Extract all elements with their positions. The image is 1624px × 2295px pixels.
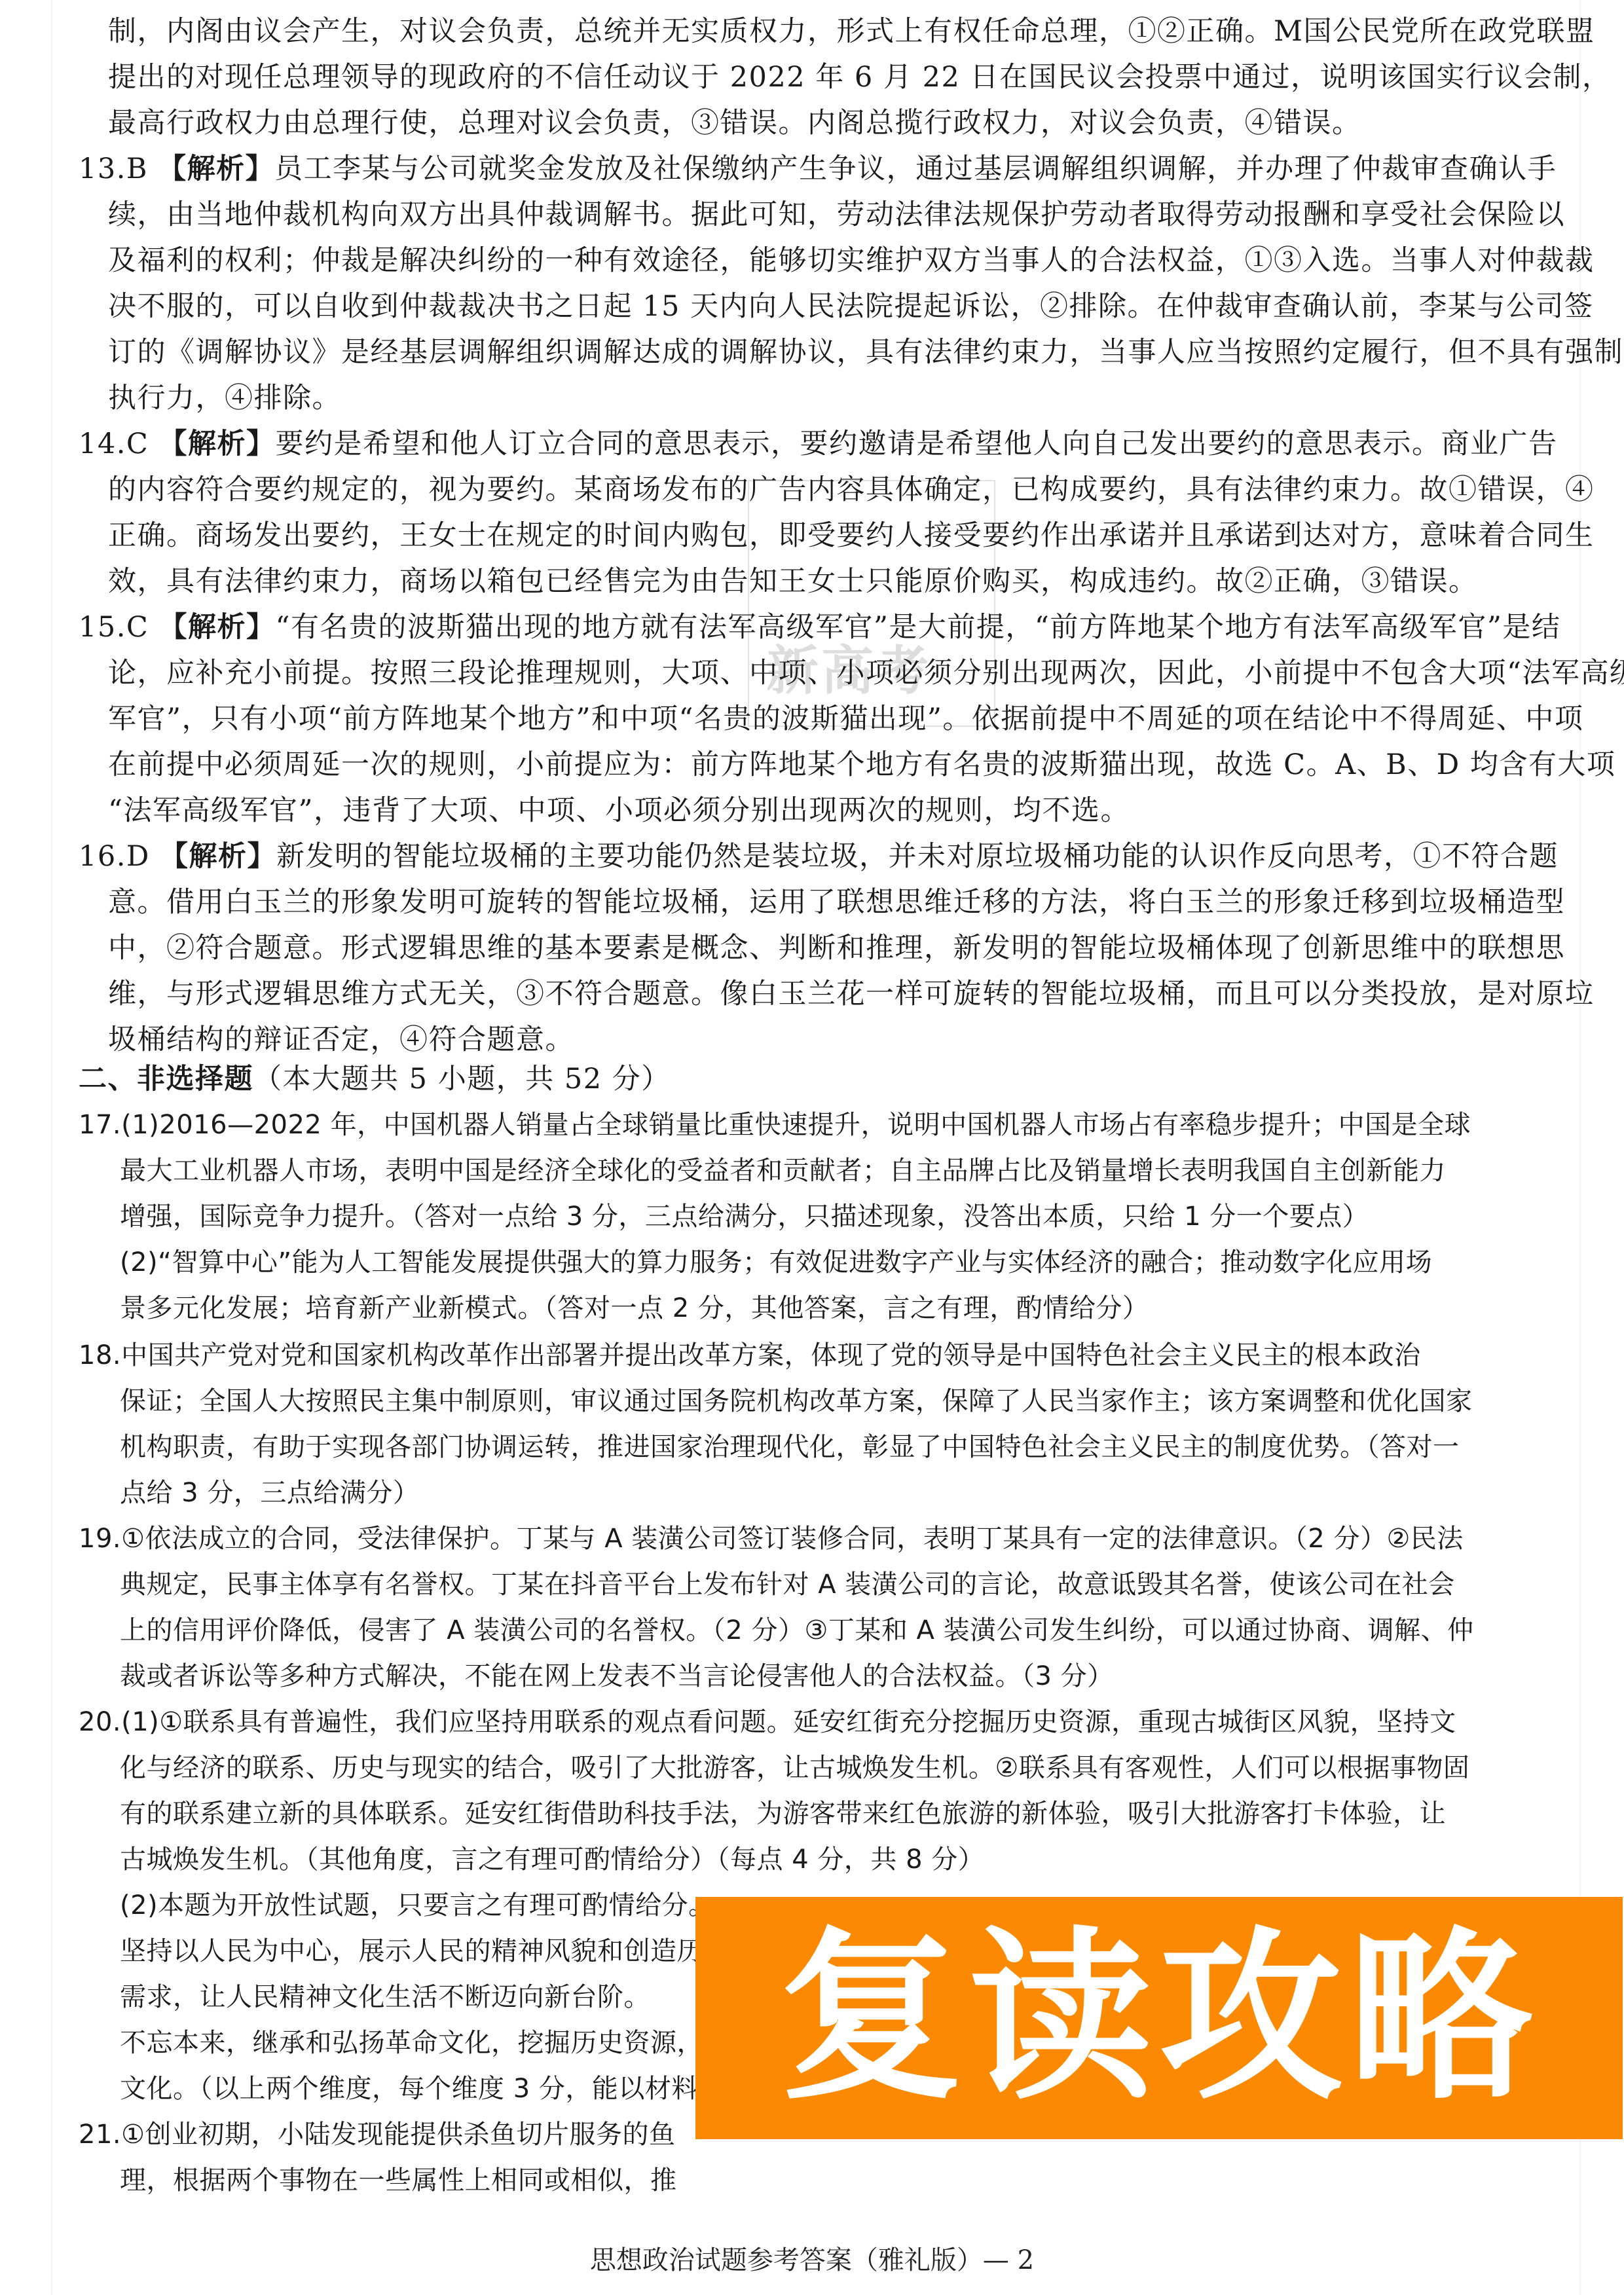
q16-text: 新发明的智能垃圾桶的主要功能仍然是装垃圾，并未对原垃圾桶功能的认识作反向思考，①… [276, 840, 1559, 873]
q17-number: 17. [79, 1110, 121, 1140]
q19-first-line: 19.①依法成立的合同，受法律保护。丁某与 A 装潢公司签订装修合同，表明丁某具… [79, 1519, 1464, 1558]
q15-line: 军官”，只有小项“前方阵地某个地方”和中项“名贵的波斯猫出现”。依据前提中不周延… [108, 699, 1583, 739]
q20-number: 20. [79, 1707, 121, 1737]
q17-line: (2)“智算中心”能为人工智能发展提供强大的算力服务；有效促进数字产业与实体经济… [120, 1243, 1432, 1282]
q20-line: 有的联系建立新的具体联系。延安红街借助科技手法，为游客带来红色旅游的新体验，吸引… [120, 1794, 1446, 1833]
analysis-tag: 【解析】 [160, 840, 276, 873]
q18-line: 机构职责，有助于实现各部门协调运转，推进国家治理现代化，彰显了中国特色社会主义民… [120, 1427, 1460, 1467]
q20-first-line: 20.(1)①联系具有普遍性，我们应坚持用联系的观点看问题。延安红街充分挖掘历史… [79, 1702, 1456, 1742]
q19-text: ①依法成立的合同，受法律保护。丁某与 A 装潢公司签订装修合同，表明丁某具有一定… [121, 1524, 1464, 1554]
q20-line: 文化。（以上两个维度，每个维度 3 分，能以材料 [120, 2069, 698, 2108]
analysis-tag: 【解析】 [158, 153, 274, 185]
q21-line: 理，根据两个事物在一些属性上相同或相似，推 [120, 2161, 677, 2200]
q14-line: 的内容符合要约规定的，视为要约。某商场发布的广告内容具体确定，已构成要约，具有法… [108, 470, 1595, 509]
q15-text: “有名贵的波斯猫出现的地方就有法军高级军官”是大前提，“前方阵地某个地方有法军高… [275, 611, 1560, 644]
promo-banner-text: 复读攻略 [779, 1926, 1539, 2110]
q17-first-line: 17.(1)2016—2022 年，中国机器人销量占全球销量比重快速提升，说明中… [79, 1105, 1471, 1145]
q19-number: 19. [79, 1524, 121, 1554]
q12-continuation-line: 最高行政权力由总理行使，总理对议会负责，③错误。内阁总揽行政权力，对议会负责，④… [108, 103, 1361, 143]
q18-first-line: 18.中国共产党对党和国家机构改革作出部署并提出改革方案，体现了党的领导是中国特… [79, 1336, 1421, 1375]
q19-line: 上的信用评价降低，侵害了 A 装潢公司的名誉权。（2 分）③丁某和 A 装潢公司… [120, 1611, 1474, 1650]
q20-line: 化与经济的联系、历史与现实的结合，吸引了大批游客，让古城焕发生机。②联系具有客观… [120, 1748, 1469, 1788]
page-edge-left [51, 0, 52, 2295]
q15-line: “法军高级军官”，违背了大项、中项、小项必须分别出现两次的规则，均不选。 [108, 791, 1130, 830]
q16-first-line: 16.D 【解析】新发明的智能垃圾桶的主要功能仍然是装垃圾，并未对原垃圾桶功能的… [79, 837, 1559, 876]
q17-line: 最大工业机器人市场，表明中国是经济全球化的受益者和贡献者；自主品牌占比及销量增长… [120, 1151, 1446, 1190]
q13-line: 及福利的权利；仲裁是解决纠纷的一种有效途径，能够切实维护双方当事人的合法权益，①… [108, 241, 1595, 280]
q21-number: 21. [79, 2120, 121, 2150]
q15-first-line: 15.C 【解析】“有名贵的波斯猫出现的地方就有法军高级军官”是大前提，“前方阵… [79, 608, 1560, 647]
q15-line: 在前提中必须周延一次的规则，小前提应为：前方阵地某个地方有名贵的波斯猫出现，故选… [108, 745, 1615, 784]
analysis-tag: 【解析】 [158, 611, 275, 644]
q17-line: 景多元化发展；培育新产业新模式。（答对一点 2 分，其他答案，言之有理，酌情给分… [120, 1289, 1149, 1328]
q17-line: 增强，国际竞争力提升。（答对一点给 3 分，三点给满分，只描述现象，没答出本质，… [120, 1197, 1369, 1236]
section2-title: 二、非选择题 [79, 1063, 253, 1095]
q19-line: 典规定，民事主体享有名誉权。丁某在抖音平台上发布针对 A 装潢公司的言论，故意诋… [120, 1565, 1455, 1604]
q19-line: 裁或者诉讼等多种方式解决，不能在网上发表不当言论侵害他人的合法权益。（3 分） [120, 1657, 1114, 1696]
q17-text: (1)2016—2022 年，中国机器人销量占全球销量比重快速提升，说明中国机器… [121, 1110, 1471, 1140]
q16-line: 维，与形式逻辑思维方式无关，③不符合题意。像白玉兰花一样可旋转的智能垃圾桶，而且… [108, 974, 1595, 1014]
q20-line: 古城焕发生机。（其他角度，言之有理可酌情给分）（每点 4 分，共 8 分） [120, 1840, 984, 1879]
q14-first-line: 14.C 【解析】要约是希望和他人订立合同的意思表示，要约邀请是希望他人向自己发… [79, 424, 1557, 464]
q12-continuation-line: 提出的对现任总理领导的现政府的不信任动议于 2022 年 6 月 22 日在国民… [108, 58, 1612, 97]
q21-first-line: 21.①创业初期，小陆发现能提供杀鱼切片服务的鱼 [79, 2115, 675, 2154]
q18-number: 18. [79, 1340, 121, 1370]
q16-line: 圾桶结构的辩证否定，④符合题意。 [108, 1020, 574, 1059]
q13-number: 13.B [79, 149, 148, 189]
q14-line: 效，具有法律约束力，商场以箱包已经售完为由告知王女士只能原价购买，构成违约。故②… [108, 562, 1478, 601]
q20-line: (2)本题为开放性试题，只要言之有理可酌情给分。 [120, 1886, 715, 1925]
q12-continuation-line: 制，内阁由议会产生，对议会负责，总统并无实质权力，形式上有权任命总理，①②正确。… [108, 12, 1595, 51]
q14-text: 要约是希望和他人订立合同的意思表示，要约邀请是希望他人向自己发出要约的意思表示。… [275, 428, 1557, 460]
section2-heading: 二、非选择题（本大题共 5 小题，共 52 分） [79, 1059, 671, 1099]
q20-text: (1)①联系具有普遍性，我们应坚持用联系的观点看问题。延安红街充分挖掘历史资源，… [121, 1707, 1456, 1737]
q13-first-line: 13.B 【解析】员工李某与公司就奖金发放及社保缴纳产生争议，通过基层调解组织调… [79, 149, 1557, 189]
q20-line: 需求，让人民精神文化生活不断迈向新台阶。 [120, 1977, 650, 2017]
q13-line: 执行力，④排除。 [108, 378, 341, 418]
q13-line: 决不服的，可以自收到仲裁裁决书之日起 15 天内向人民法院提起诉讼，②排除。在仲… [108, 287, 1594, 326]
q13-line: 订的《调解协议》是经基层调解组织调解达成的调解协议，具有法律约束力，当事人应当按… [108, 333, 1623, 372]
q21-text: ①创业初期，小陆发现能提供杀鱼切片服务的鱼 [121, 2120, 675, 2150]
section2-subtitle: （本大题共 5 小题，共 52 分） [253, 1063, 671, 1095]
q13-line: 续，由当地仲裁机构向双方出具仲裁调解书。据此可知，劳动法律法规保护劳动者取得劳动… [108, 195, 1565, 234]
q14-line: 正确。商场发出要约，王女士在规定的时间内购包，即受要约人接受要约作出承诺并且承诺… [108, 516, 1595, 555]
q18-line: 点给 3 分，三点给满分） [120, 1473, 419, 1513]
q18-line: 保证；全国人大按照民主集中制原则，审议通过国务院机构改革方案，保障了人民当家作主… [120, 1382, 1473, 1421]
q16-line: 意。借用白玉兰的形象发明可旋转的智能垃圾桶，运用了联想思维迁移的方法，将白玉兰的… [108, 883, 1565, 922]
q15-number: 15.C [79, 608, 149, 647]
q14-number: 14.C [79, 424, 149, 464]
q18-text: 中国共产党对党和国家机构改革作出部署并提出改革方案，体现了党的领导是中国特色社会… [121, 1340, 1421, 1370]
q16-number: 16.D [79, 837, 150, 876]
q15-line: 论，应补充小前提。按照三段论推理规则，大项、中项、小项必须分别出现两次，因此，小… [108, 653, 1624, 693]
promo-banner[interactable]: 复读攻略 [695, 1897, 1623, 2139]
analysis-tag: 【解析】 [158, 428, 275, 460]
page-footer: 思想政治试题参考答案（雅礼版）— 2 [0, 2239, 1624, 2277]
q16-line: 中，②符合题意。形式逻辑思维的基本要素是概念、判断和推理，新发明的智能垃圾桶体现… [108, 928, 1565, 968]
q13-text: 员工李某与公司就奖金发放及社保缴纳产生争议，通过基层调解组织调解，并办理了仲裁审… [274, 153, 1557, 185]
